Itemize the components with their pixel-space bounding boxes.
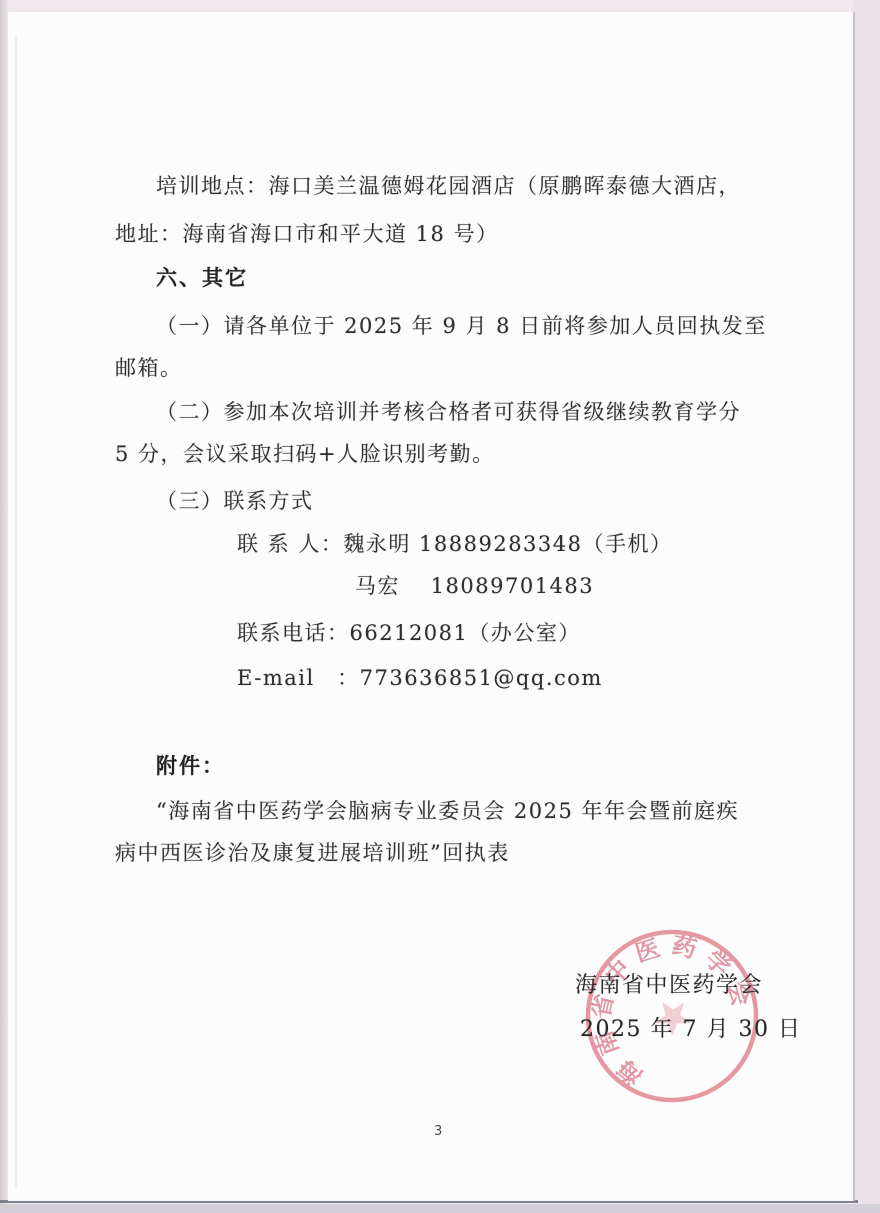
attachment-label: 附件：: [156, 750, 225, 780]
item1-line-2: 邮箱。: [115, 352, 183, 382]
scan-edge-left: [0, 0, 8, 1213]
document-page: 培训地点：海口美兰温德姆花园酒店（原鹏晖泰德大酒店， 地址：海南省海口市和平大道…: [8, 12, 855, 1201]
item2-line-1: （二）参加本次培训并考核合格者可获得省级继续教育学分: [156, 396, 741, 426]
scan-edge-right: [853, 0, 880, 1213]
section-heading-other: 六、其它: [156, 262, 248, 292]
paper-crease: [15, 37, 17, 1187]
signature-date: 2025 年 7 月 30 日: [580, 1012, 801, 1043]
scan-edge-bottom: [0, 1204, 880, 1213]
venue-line-1: 培训地点：海口美兰温德姆花园酒店（原鹏晖泰德大酒店，: [156, 170, 741, 200]
contact-person-line-1: 联 系 人：魏永明 18889283348（手机）: [237, 528, 673, 558]
contact-phone-line: 联系电话：66212081（办公室）: [237, 617, 581, 647]
contact-person-line-2: 马宏 18089701483: [355, 570, 594, 600]
contact-email-line: E-mail ：773636851@qq.com: [237, 662, 603, 692]
page-number: 3: [434, 1124, 442, 1139]
signature-org: 海南省中医药学会: [575, 968, 763, 999]
item3-contact-heading: （三）联系方式: [156, 485, 314, 515]
document-scan: 培训地点：海口美兰温德姆花园酒店（原鹏晖泰德大酒店， 地址：海南省海口市和平大道…: [0, 0, 880, 1213]
venue-line-2: 地址：海南省海口市和平大道 18 号）: [115, 218, 499, 248]
item2-line-2: 5 分，会议采取扫码+人脸识别考勤。: [115, 438, 495, 468]
item1-line-1: （一）请各单位于 2025 年 9 月 8 日前将参加人员回执发至: [156, 310, 767, 340]
attachment-title-line-2: 病中西医诊治及康复进展培训班”回执表: [115, 837, 510, 867]
attachment-title-line-1: “海南省中医药学会脑病专业委员会 2025 年年会暨前庭疾: [156, 795, 739, 825]
